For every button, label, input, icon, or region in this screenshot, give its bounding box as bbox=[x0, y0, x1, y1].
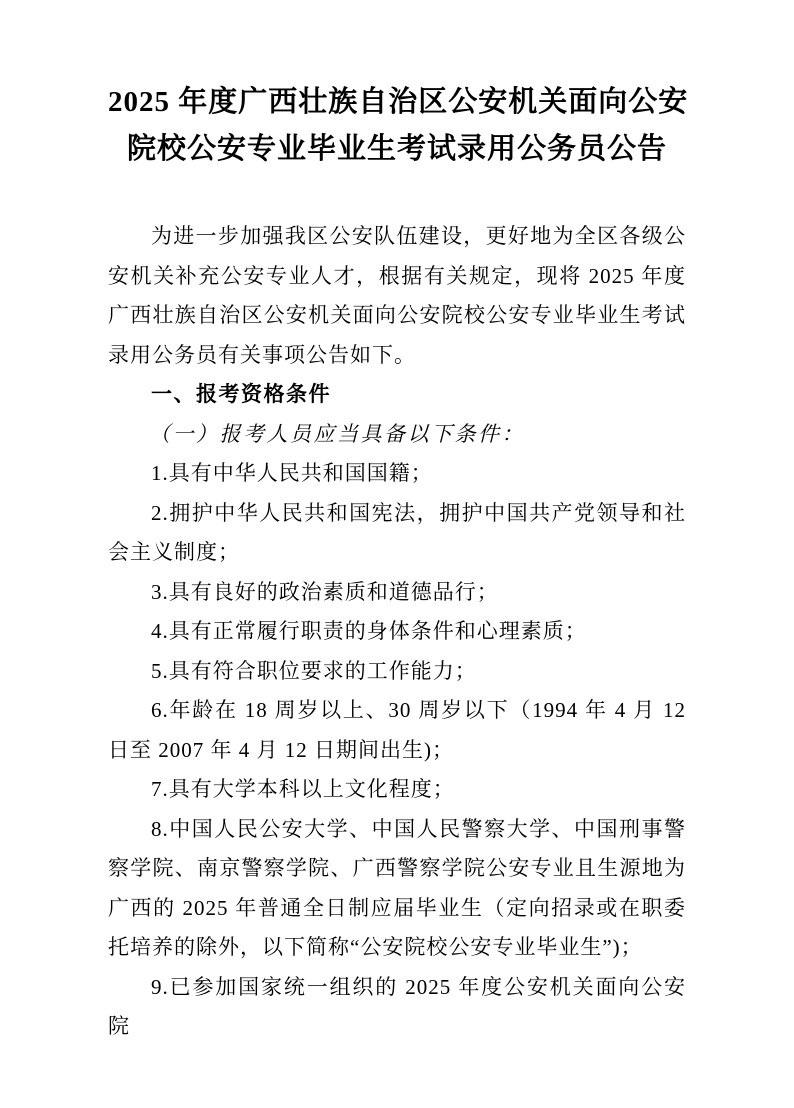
subsection-heading-conditions: （一）报考人员应当具备以下条件： bbox=[108, 415, 686, 455]
section-heading-eligibility: 一、报考资格条件 bbox=[108, 375, 686, 415]
title-line-2: 院校公安专业毕业生考试录用公务员公告 bbox=[108, 126, 686, 173]
requirement-item-7: 7.具有大学本科以上文化程度； bbox=[108, 770, 686, 810]
requirement-item-8: 8.中国人民公安大学、中国人民警察大学、中国刑事警察学院、南京警察学院、广西警察… bbox=[108, 810, 686, 968]
document-title: 2025 年度广西壮族自治区公安机关面向公安 院校公安专业毕业生考试录用公务员公… bbox=[108, 79, 686, 173]
requirement-item-1: 1.具有中华人民共和国国籍； bbox=[108, 454, 686, 494]
requirement-item-2: 2.拥护中华人民共和国宪法，拥护中国共产党领导和社会主义制度； bbox=[108, 494, 686, 573]
requirement-item-4: 4.具有正常履行职责的身体条件和心理素质； bbox=[108, 612, 686, 652]
requirement-item-5: 5.具有符合职位要求的工作能力； bbox=[108, 652, 686, 692]
requirement-item-9: 9.已参加国家统一组织的 2025 年度公安机关面向公安院 bbox=[108, 968, 686, 1047]
title-line-1: 2025 年度广西壮族自治区公安机关面向公安 bbox=[108, 79, 686, 126]
intro-paragraph: 为进一步加强我区公安队伍建设，更好地为全区各级公安机关补充公安专业人才，根据有关… bbox=[108, 217, 686, 375]
requirement-item-3: 3.具有良好的政治素质和道德品行； bbox=[108, 573, 686, 613]
document-page: 2025 年度广西壮族自治区公安机关面向公安 院校公安专业毕业生考试录用公务员公… bbox=[0, 0, 794, 1108]
requirement-item-6: 6.年龄在 18 周岁以上、30 周岁以下（1994 年 4 月 12 日至 2… bbox=[108, 691, 686, 770]
